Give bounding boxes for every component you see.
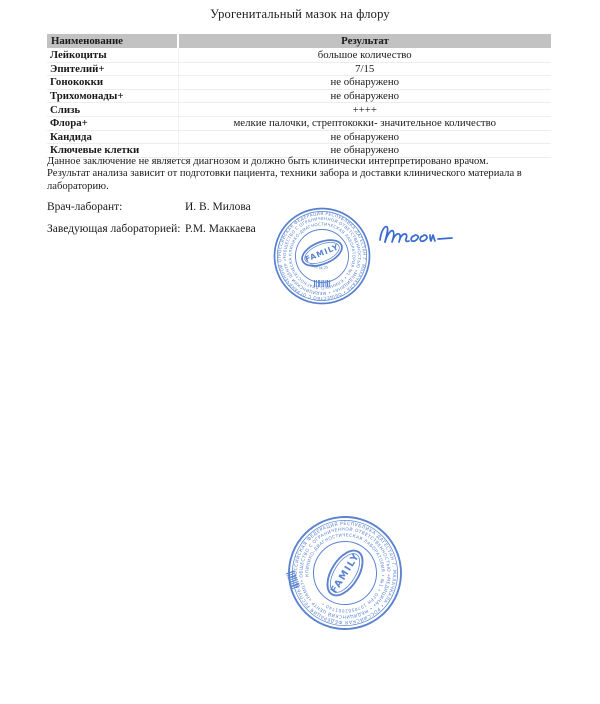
table-row: Эпителий+ 7/15 [47, 62, 551, 76]
column-header-name: Наименование [47, 34, 178, 49]
stamp-center-label: FAMILY [304, 242, 341, 264]
parameter-name: Лейкоциты [47, 49, 178, 63]
results-table: Наименование Результат Лейкоциты большое… [47, 34, 551, 158]
parameter-name: Флора+ [47, 116, 178, 130]
signer-role-label: Врач-лаборант: [47, 201, 185, 213]
signer-role-label: Заведующая лабораторией: [47, 223, 185, 235]
disclaimer-line-1: Данное заключение не является диагнозом … [47, 156, 562, 168]
table-row: Лейкоциты большое количество [47, 49, 551, 63]
table-header-row: Наименование Результат [47, 34, 551, 49]
parameter-name: Трихомонады+ [47, 89, 178, 103]
parameter-name: Слизь [47, 103, 178, 117]
parameter-result: большое количество [178, 49, 551, 63]
lab-report-page: Урогенитальный мазок на флору Наименован… [0, 0, 600, 704]
parameter-name: Эпителий+ [47, 62, 178, 76]
disclaimer-notes: Данное заключение не является диагнозом … [47, 156, 562, 193]
table-row: Слизь ++++ [47, 103, 551, 117]
parameter-result: не обнаружено [178, 89, 551, 103]
round-stamp-icon: РОССИЙСКАЯ ФЕДЕРАЦИЯ РЕСПУБЛИКА ДАГЕСТАН… [272, 206, 372, 306]
table-row: Трихомонады+ не обнаружено [47, 89, 551, 103]
table-row: Кандида не обнаружено [47, 130, 551, 144]
table-row: Гонококки не обнаружено [47, 76, 551, 90]
parameter-name: Кандида [47, 130, 178, 144]
parameter-result: мелкие палочки, стрептококки- значительн… [178, 116, 551, 130]
round-stamp-icon: РОССИЙСКАЯ ФЕДЕРАЦИЯ РЕСПУБЛИКА ДАГЕСТАН… [279, 507, 411, 639]
table-row: Флора+ мелкие палочки, стрептококки- зна… [47, 116, 551, 130]
signer-name: И. В. Милова [185, 201, 251, 213]
parameter-result: не обнаружено [178, 130, 551, 144]
parameter-result: ++++ [178, 103, 551, 117]
page-title: Урогенитальный мазок на флору [0, 7, 600, 22]
parameter-name: Гонококки [47, 76, 178, 90]
disclaimer-line-2: Результат анализа зависит от подготовки … [47, 168, 562, 193]
handwritten-signature [374, 212, 456, 254]
column-header-result: Результат [178, 34, 551, 49]
parameter-result: 7/15 [178, 62, 551, 76]
signer-name: Р.М. Маккаева [185, 223, 256, 235]
parameter-result: не обнаружено [178, 76, 551, 90]
